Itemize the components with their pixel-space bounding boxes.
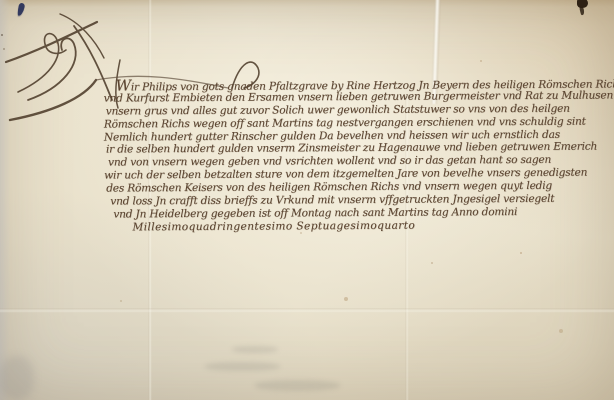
ink-show-through — [255, 380, 340, 391]
corner-shadow — [0, 356, 34, 400]
manuscript-line: Millesimoquadringentesimo Septuagesimoqu… — [132, 218, 609, 234]
ink-show-through — [205, 362, 280, 371]
horizontal-fold-line — [0, 308, 614, 313]
ink-show-through — [232, 346, 278, 353]
manuscript-text-block: Wir Philips von gots gnaden Pfaltzgrave … — [104, 76, 610, 234]
manuscript-photo: Wir Philips von gots gnaden Pfaltzgrave … — [0, 0, 614, 400]
